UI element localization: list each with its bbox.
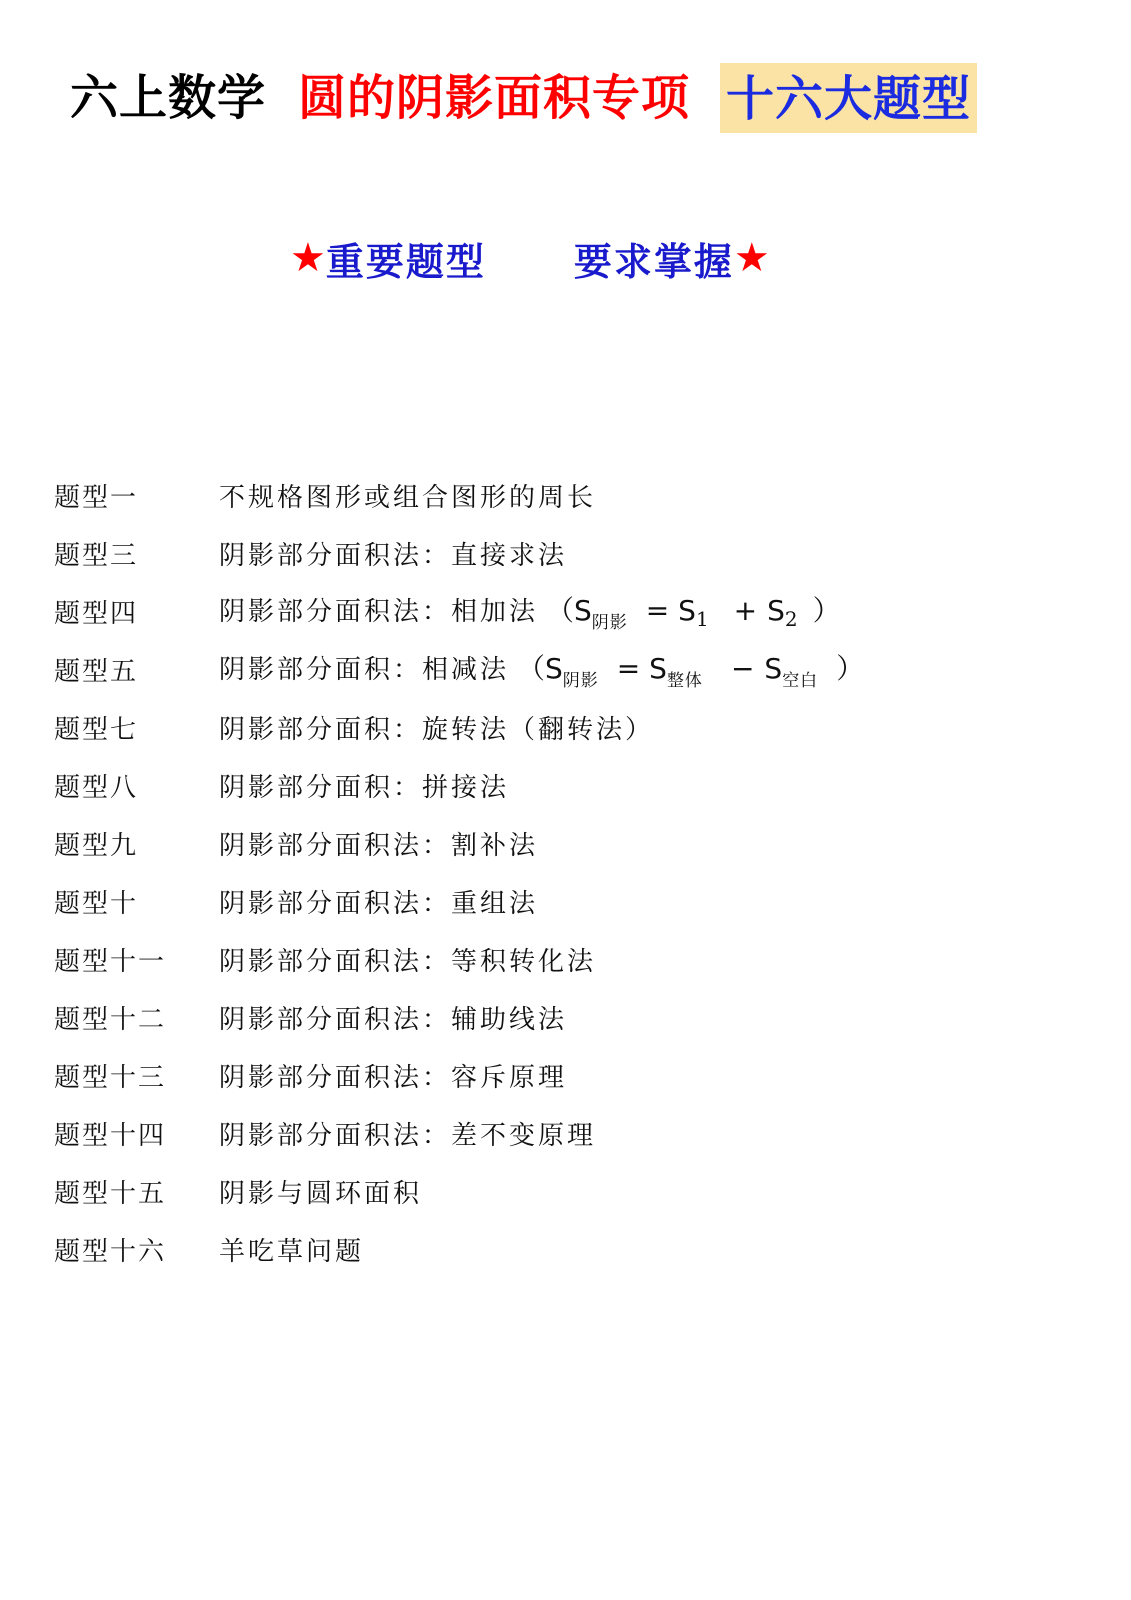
item-label: 题型九 [54,825,219,862]
title-grade-subject: 六上数学 [70,62,266,134]
item-desc: 阴影部分面积法：容斥原理 [219,1057,567,1094]
item-desc: 不规格图形或组合图形的周长 [219,477,596,514]
subtitle: ★ 重要题型 要求掌握 ★ [290,228,770,288]
item-label: 题型十二 [54,999,219,1036]
formula-addition: （S阴影= S1+S2） [546,589,841,633]
item-label: 题型一 [54,477,219,514]
formula-subtraction: （S阴影= S整体−S空白） [517,647,864,691]
list-item: 题型四 阴影部分面积法：相加法 （S阴影= S1+S2） [54,582,1054,640]
title-highlight: 十六大题型 [720,63,977,133]
item-desc: 阴影部分面积：拼接法 [219,767,509,804]
star-icon-left: ★ [290,235,326,281]
list-item: 题型十四 阴影部分面积法：差不变原理 [54,1104,1054,1162]
list-item: 题型十六 羊吃草问题 [54,1220,1054,1278]
item-desc: 阴影部分面积法：差不变原理 [219,1115,596,1152]
item-label: 题型十五 [54,1173,219,1210]
item-desc-wrap: 阴影部分面积：相减法 （S阴影= S整体−S空白） [219,647,864,691]
item-desc: 阴影部分面积法：相加法 [219,591,538,628]
list-item: 题型一 不规格图形或组合图形的周长 [54,466,1054,524]
item-label: 题型十 [54,883,219,920]
item-desc: 阴影部分面积：相减法 [219,649,509,686]
item-desc: 阴影部分面积法：直接求法 [219,535,567,572]
page-title: 六上数学 圆的阴影面积专项 十六大题型 [70,62,977,134]
item-desc-wrap: 阴影部分面积法：相加法 （S阴影= S1+S2） [219,589,841,633]
list-item: 题型十三 阴影部分面积法：容斥原理 [54,1046,1054,1104]
list-item: 题型十五 阴影与圆环面积 [54,1162,1054,1220]
item-label: 题型三 [54,535,219,572]
item-desc: 阴影与圆环面积 [219,1173,422,1210]
item-label: 题型十四 [54,1115,219,1152]
list-item: 题型三 阴影部分面积法：直接求法 [54,524,1054,582]
item-label: 题型十一 [54,941,219,978]
title-topic: 圆的阴影面积专项 [298,62,690,134]
item-desc: 阴影部分面积法：割补法 [219,825,538,862]
list-item: 题型十一 阴影部分面积法：等积转化法 [54,930,1054,988]
item-desc: 阴影部分面积：旋转法（翻转法） [219,709,654,746]
list-item: 题型九 阴影部分面积法：割补法 [54,814,1054,872]
item-label: 题型五 [54,651,219,688]
subtitle-left: 重要题型 [326,231,486,286]
list-item: 题型七 阴影部分面积：旋转法（翻转法） [54,698,1054,756]
list-item: 题型十 阴影部分面积法：重组法 [54,872,1054,930]
item-desc: 阴影部分面积法：等积转化法 [219,941,596,978]
item-label: 题型八 [54,767,219,804]
list-item: 题型八 阴影部分面积：拼接法 [54,756,1054,814]
item-label: 题型四 [54,593,219,630]
subtitle-right: 要求掌握 [574,231,734,286]
item-label: 题型十六 [54,1231,219,1268]
item-label: 题型十三 [54,1057,219,1094]
item-desc: 阴影部分面积法：重组法 [219,883,538,920]
list-item: 题型十二 阴影部分面积法：辅助线法 [54,988,1054,1046]
item-desc: 阴影部分面积法：辅助线法 [219,999,567,1036]
list-item: 题型五 阴影部分面积：相减法 （S阴影= S整体−S空白） [54,640,1054,698]
star-icon-right: ★ [734,235,770,281]
item-label: 题型七 [54,709,219,746]
question-type-list: 题型一 不规格图形或组合图形的周长 题型三 阴影部分面积法：直接求法 题型四 阴… [54,466,1054,1278]
item-desc: 羊吃草问题 [219,1231,364,1268]
